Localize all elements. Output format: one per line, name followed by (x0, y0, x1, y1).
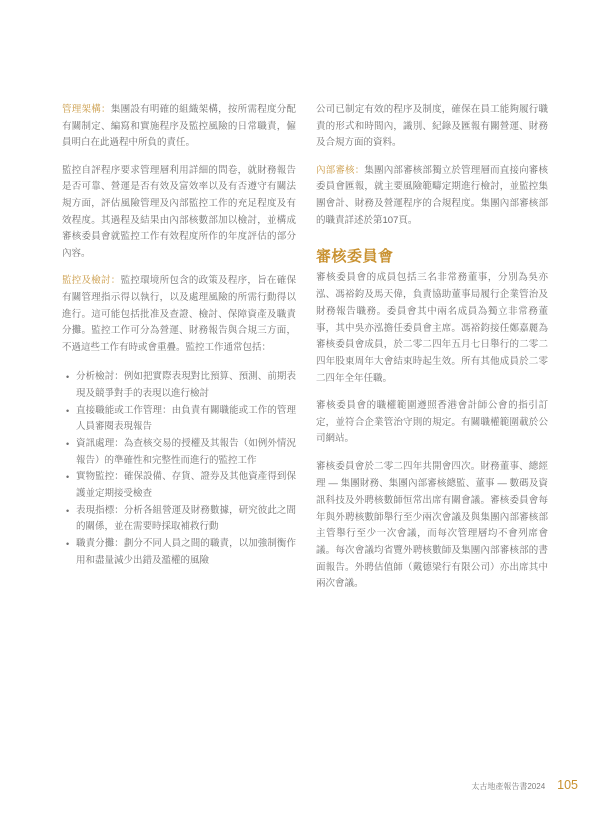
list-item-text: 實物監控：確保設備、存貨、證券及其他資產得到保護並定期接受檢查 (76, 471, 296, 499)
document-page: 管理架構：集團設有明確的組織架構，按所需程度分配有關制定、編寫和實施程序及監控風… (0, 0, 600, 814)
list-item: •直接職能或工作管理：由負責有關職能或工作的管理人員審閱表現報告 (62, 403, 296, 436)
list-item: •資訊處理：為查核交易的授權及其報告（如例外情況報告）的準確性和完整性而進行的監… (62, 436, 296, 469)
right-column: 公司已制定有效的程序及制度，確保在員工能夠履行職責的形式和時間內，識別、紀錄及匯… (316, 102, 548, 604)
paragraph-terms-of-reference: 審核委員會的職權範圍遵照香港會計師公會的指引訂定，並符合企業管治守則的規定。有關… (316, 398, 548, 448)
left-column: 管理架構：集團設有明確的組織架構，按所需程度分配有關制定、編寫和實施程序及監控風… (62, 102, 296, 570)
paragraph-label: 監控及檢討： (62, 275, 121, 286)
list-item: •職責分攤：劃分不同人員之間的職責，以加強制衡作用和盡量減少出錯及濫權的風險 (62, 536, 296, 569)
paragraph-internal-audit: 內部審核：集團內部審核部獨立於管理層而直接向審核委員會匯報，就主要風險範疇定期進… (316, 163, 548, 230)
paragraph-information-procedures: 公司已制定有效的程序及制度，確保在員工能夠履行職責的形式和時間內，識別、紀錄及匯… (316, 102, 548, 152)
list-item: •實物監控：確保設備、存貨、證券及其他資產得到保護並定期接受檢查 (62, 469, 296, 502)
list-item: •分析檢討：例如把實際表現對比預算、預測、前期表現及競爭對手的表現以進行檢討 (62, 369, 296, 402)
bullet-icon: • (66, 369, 69, 386)
page-number: 105 (557, 778, 578, 792)
bullet-icon: • (66, 469, 69, 486)
list-item-text: 分析檢討：例如把實際表現對比預算、預測、前期表現及競爭對手的表現以進行檢討 (76, 371, 296, 399)
bullet-icon: • (66, 536, 69, 553)
list-item-text: 職責分攤：劃分不同人員之間的職責，以加強制衡作用和盡量減少出錯及濫權的風險 (76, 538, 296, 566)
paragraph-committee-members: 審核委員會的成員包括三名非常務董事，分別為吳亦泓、馮裕鈞及馬天偉，負責協助董事局… (316, 270, 548, 387)
control-activities-list: •分析檢討：例如把實際表現對比預算、預測、前期表現及競爭對手的表現以進行檢討 •… (62, 369, 296, 569)
list-item-text: 資訊處理：為查核交易的授權及其報告（如例外情況報告）的準確性和完整性而進行的監控… (76, 438, 296, 466)
bullet-icon: • (66, 436, 69, 453)
list-item-text: 直接職能或工作管理：由負責有關職能或工作的管理人員審閱表現報告 (76, 405, 296, 433)
paragraph-text: 審核委員會的職權範圍遵照香港會計師公會的指引訂定，並符合企業管治守則的規定。有關… (316, 400, 548, 444)
list-item: •表現指標：分析各組營運及財務數據，研究彼此之間的關係，並在需要時採取補救行動 (62, 503, 296, 536)
paragraph-text: 公司已制定有效的程序及制度，確保在員工能夠履行職責的形式和時間內，識別、紀錄及匯… (316, 104, 548, 148)
bullet-icon: • (66, 403, 69, 420)
paragraph-committee-meetings: 審核委員會於二零二四年共開會四次。財務董事、總經理 — 集團財務、集團內部審核總… (316, 459, 548, 593)
paragraph-text: 監控環境所包含的政策及程序，旨在確保有關管理指示得以執行，以及處理風險的所需行動… (62, 275, 296, 353)
paragraph-management-structure: 管理架構：集團設有明確的組織架構，按所需程度分配有關制定、編寫和實施程序及監控風… (62, 102, 296, 152)
paragraph-label: 內部審核： (316, 165, 364, 176)
list-item-text: 表現指標：分析各組營運及財務數據，研究彼此之間的關係，並在需要時採取補救行動 (76, 505, 296, 533)
paragraph-text: 審核委員會的成員包括三名非常務董事，分別為吳亦泓、馮裕鈞及馬天偉，負責協助董事局… (316, 272, 548, 383)
paragraph-control-self-assessment: 監控自評程序要求管理層利用詳細的問卷，就財務報告是否可靠、營運是否有效及富效率以… (62, 163, 296, 263)
paragraph-control-and-review: 監控及檢討：監控環境所包含的政策及程序，旨在確保有關管理指示得以執行，以及處理風… (62, 273, 296, 357)
bullet-icon: • (66, 503, 69, 520)
page-footer: 太古地產報告書2024 105 (471, 778, 578, 792)
paragraph-label: 管理架構： (62, 104, 111, 115)
paragraph-text: 審核委員會於二零二四年共開會四次。財務董事、總經理 — 集團財務、集團內部審核總… (316, 461, 548, 589)
section-heading-audit-committee: 審核委員會 (316, 247, 548, 267)
report-title: 太古地產報告書2024 (471, 781, 545, 792)
paragraph-text: 監控自評程序要求管理層利用詳細的問卷，就財務報告是否可靠、營運是否有效及富效率以… (62, 165, 296, 260)
